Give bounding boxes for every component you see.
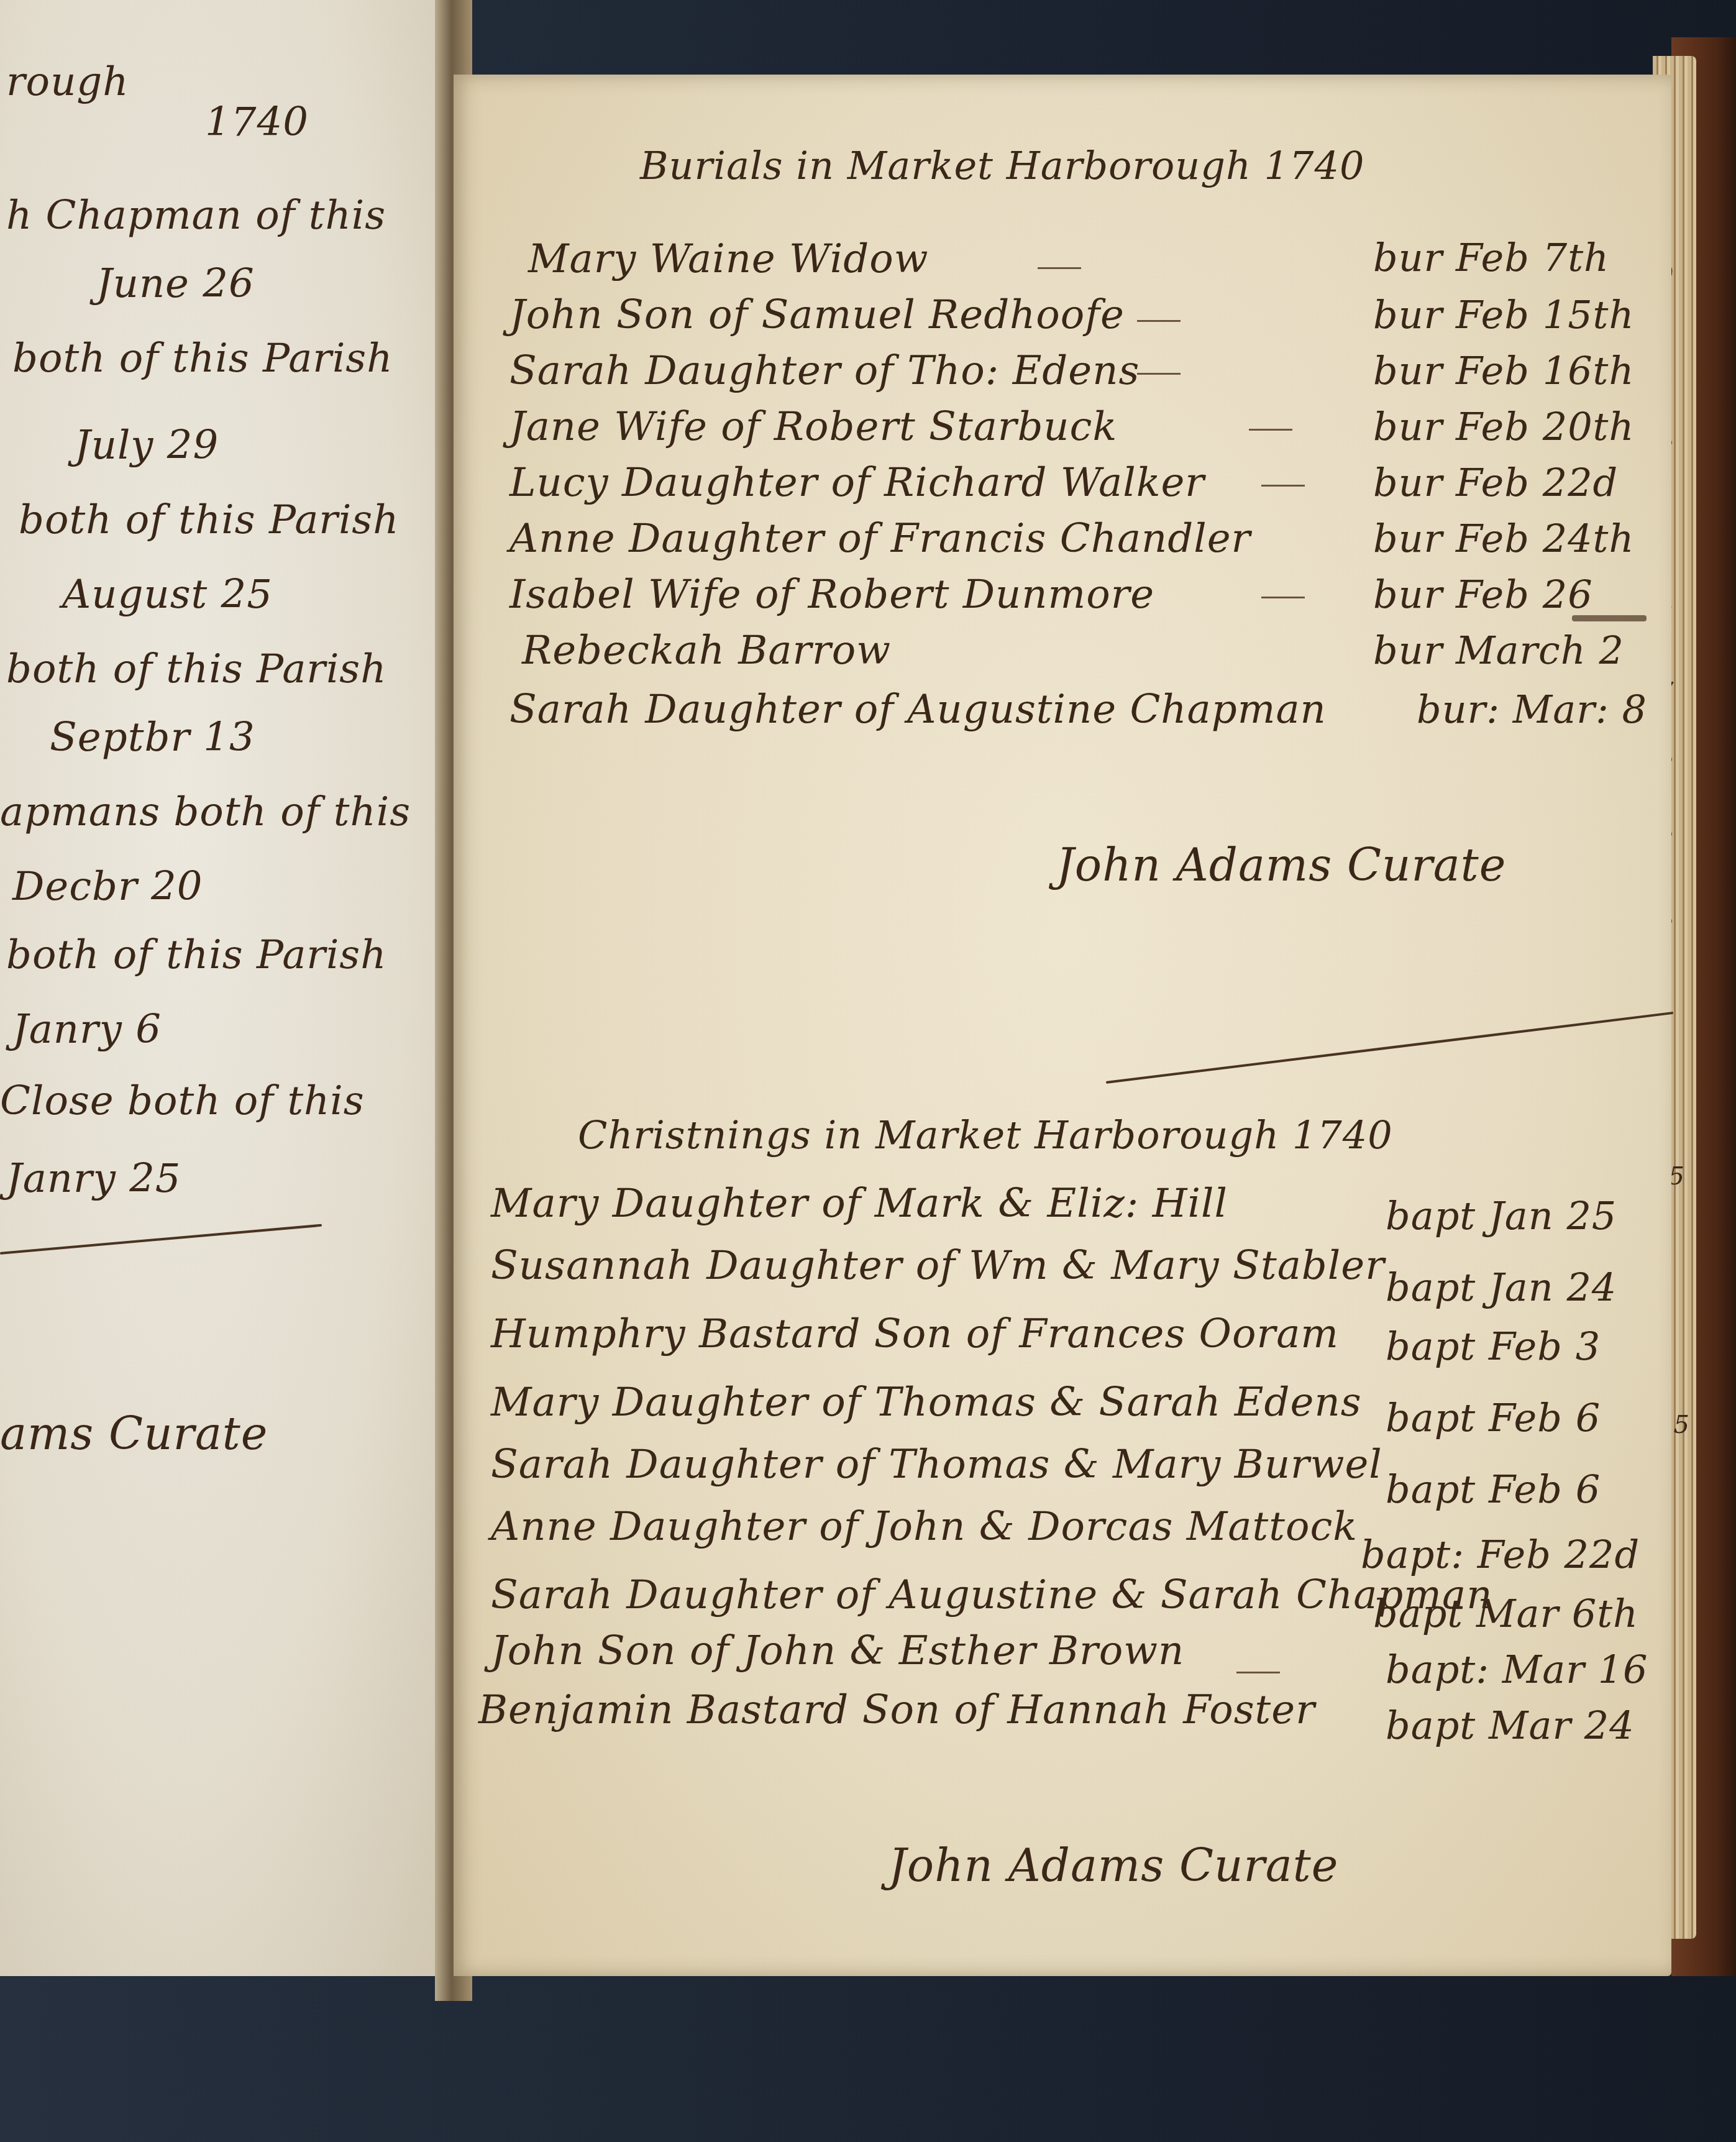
entry-date: bur Feb 15th (1373, 292, 1634, 337)
leader-dash (1261, 597, 1305, 598)
entry-date: bapt Mar 24 (1386, 1703, 1635, 1748)
left-line: Close both of this (0, 1078, 365, 1124)
left-page: rough 1740 h Chapman of this June 26 bot… (0, 0, 454, 1976)
entry-name: Sarah Daughter of Augustine & Sarah Chap… (491, 1572, 1492, 1618)
entry-name: Sarah Daughter of Augustine Chapman (509, 687, 1327, 733)
left-line: Decbr 20 (12, 864, 203, 910)
left-line: Janry 6 (12, 1007, 162, 1053)
entry-date: bur: Mar: 8 (1417, 687, 1647, 732)
christenings-title: Christnings in Market Harborough 1740 (578, 1112, 1393, 1158)
entry-name: John Son of Samuel Redhoofe (509, 292, 1125, 338)
entry-name: John Son of John & Esther Brown (491, 1628, 1184, 1674)
entry-date: bur Feb 16th (1373, 348, 1634, 393)
entry-date: bur Feb 20th (1373, 404, 1634, 449)
entry-date: bur Feb 7th (1373, 235, 1609, 280)
entry-date: bapt Jan 25 (1386, 1193, 1617, 1238)
right-page: Burials in Market Harborough 1740 Mary W… (454, 75, 1671, 1976)
left-line: both of this Parish (6, 932, 386, 978)
entry-name: Mary Waine Widow (528, 236, 928, 282)
entry-name: Jane Wife of Robert Starbuck (509, 404, 1117, 450)
left-line: h Chapman of this (6, 193, 386, 239)
entry-date: bapt Feb 6 (1386, 1395, 1601, 1440)
entry-name: Sarah Daughter of Thomas & Mary Burwel (491, 1442, 1382, 1488)
leader-dash (1137, 320, 1181, 322)
left-line: both of this Parish (6, 646, 386, 692)
entry-name: Sarah Daughter of Tho: Edens (509, 348, 1140, 394)
left-line: rough (6, 59, 129, 105)
section-divider (1106, 1012, 1674, 1084)
left-line: Janry 25 (6, 1156, 181, 1202)
entry-date: bapt Mar 6th (1373, 1591, 1638, 1636)
entry-date: bapt Feb 6 (1386, 1467, 1601, 1512)
burials-title: Burials in Market Harborough 1740 (640, 143, 1364, 188)
leader-dash (1137, 373, 1181, 375)
leader-dash (1038, 267, 1081, 269)
leader-dash (1249, 429, 1292, 431)
burials-signature: John Adams Curate (1056, 839, 1506, 891)
entry-date: bur March 2 (1373, 628, 1624, 673)
left-signature: ams Curate (0, 1407, 268, 1460)
left-line: apmans both of this (0, 789, 411, 835)
entry-name: Anne Daughter of Francis Chandler (509, 516, 1251, 562)
entry-date: bapt: Mar 16 (1386, 1647, 1648, 1692)
entry-name: Mary Daughter of Thomas & Sarah Edens (491, 1380, 1361, 1426)
leader-dash (1236, 1672, 1280, 1673)
entry-name: Lucy Daughter of Richard Walker (509, 460, 1205, 506)
entry-name: Susannah Daughter of Wm & Mary Stabler (491, 1243, 1385, 1289)
entry-date: bapt: Feb 22d (1361, 1532, 1640, 1577)
entry-name: Mary Daughter of Mark & Eliz: Hill (491, 1181, 1228, 1227)
entry-name: Benjamin Bastard Son of Hannah Foster (478, 1687, 1315, 1733)
entry-date: bapt Feb 3 (1386, 1324, 1601, 1369)
left-line: July 29 (75, 423, 219, 469)
entry-date: bur Feb 26 (1373, 572, 1593, 617)
christenings-signature: John Adams Curate (889, 1839, 1338, 1892)
left-line: Septbr 13 (50, 715, 255, 761)
left-line: August 25 (62, 572, 273, 618)
entry-date: bur Feb 24th (1373, 516, 1634, 561)
left-line: both of this Parish (19, 497, 399, 543)
left-line: June 26 (96, 261, 255, 307)
entry-date: bur Feb 22d (1373, 460, 1618, 505)
leader-dash (1261, 485, 1305, 487)
entry-date: bapt Jan 24 (1386, 1265, 1617, 1310)
entry-name: Isabel Wife of Robert Dunmore (509, 572, 1154, 618)
entry-name: Humphry Bastard Son of Frances Ooram (491, 1311, 1339, 1357)
entry-name: Rebeckah Barrow (522, 628, 891, 674)
left-line: both of this Parish (12, 336, 393, 382)
left-line: 1740 (205, 99, 309, 145)
ink-blot (1572, 615, 1647, 621)
section-divider (0, 1224, 322, 1255)
entry-name: Anne Daughter of John & Dorcas Mattock (491, 1504, 1358, 1550)
